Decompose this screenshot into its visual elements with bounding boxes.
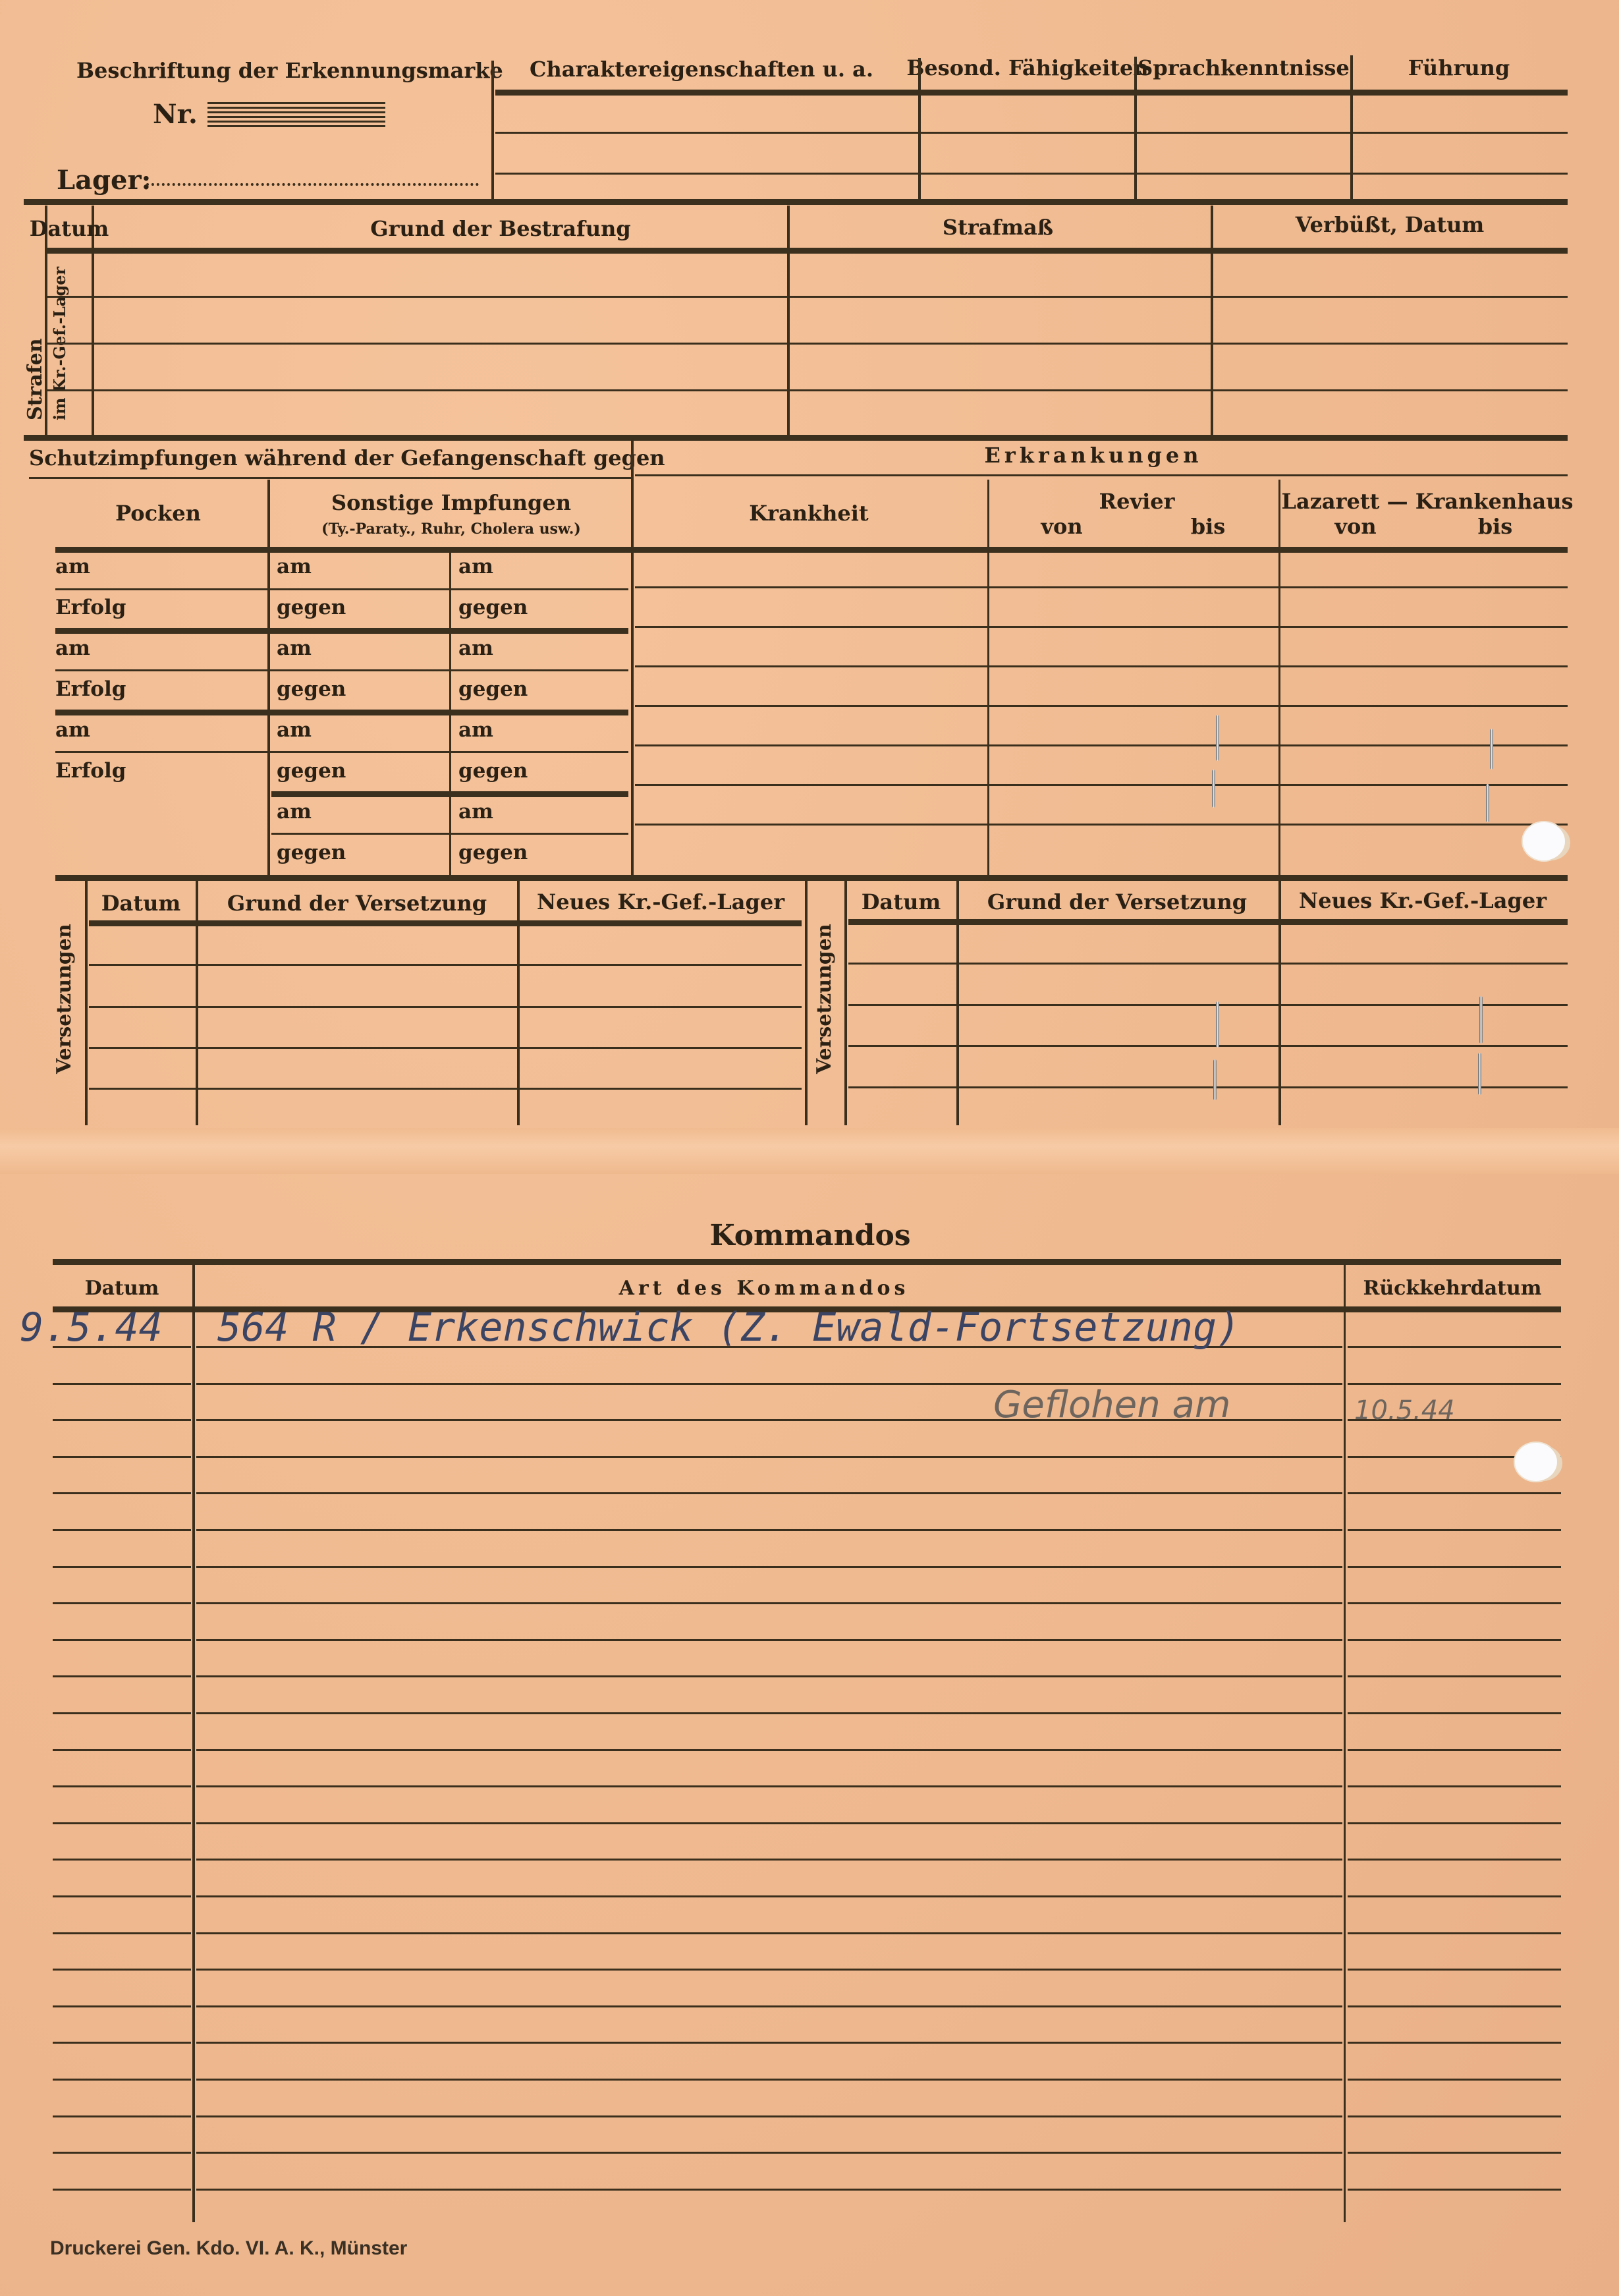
pocken-erfolg-1: Erfolg (55, 596, 126, 619)
rule (848, 919, 1568, 925)
vers-l-col-grund: Grund der Versetzung (227, 891, 487, 916)
rule (53, 1895, 191, 1897)
divider (631, 438, 634, 875)
rule (24, 435, 1568, 441)
rule (635, 784, 1568, 786)
divider (956, 880, 959, 1125)
rule (53, 1456, 191, 1458)
rule (1348, 2115, 1561, 2117)
rule (53, 1969, 191, 1971)
rule (53, 1383, 191, 1385)
kommando-entry-2-rueckkehr: 10.5.44 (1354, 1395, 1455, 1426)
sonst-a-gegen-2: gegen (277, 677, 346, 701)
rule (47, 296, 1568, 298)
rule (1348, 1383, 1561, 1385)
rule (1348, 2079, 1561, 2081)
rule (55, 875, 1568, 881)
sonst-a-gegen-3: gegen (277, 759, 346, 783)
divider (844, 880, 847, 1125)
staple (1212, 770, 1215, 808)
sonst-b-am-3: am (458, 718, 493, 742)
rule (53, 1492, 191, 1494)
erkrankungen-title: Erkrankungen (985, 443, 1203, 468)
strafen-col-strafmass: Strafmaß (943, 215, 1053, 240)
rule (1348, 2189, 1561, 2191)
rule (53, 1859, 191, 1861)
paper-fold (0, 1128, 1619, 1174)
rule (1348, 1566, 1561, 1568)
erk-lazarett-von: von (1334, 514, 1376, 539)
rule (1348, 1895, 1561, 1897)
pocken-erfolg-2: Erfolg (55, 677, 126, 701)
impf-col-sonstige: Sonstige Impfungen (331, 490, 571, 515)
strafen-col-datum: Datum (30, 216, 109, 241)
divider (491, 61, 494, 200)
rule (271, 833, 628, 835)
rule (495, 90, 1568, 96)
rule (1348, 1859, 1561, 1861)
rule (271, 791, 628, 797)
rule (635, 744, 1568, 746)
rule (53, 2042, 191, 2044)
rule (1348, 1346, 1561, 1348)
rule (89, 1088, 802, 1090)
rule (1348, 1969, 1561, 1971)
rule (89, 920, 802, 926)
vers-l-col-datum: Datum (101, 891, 180, 916)
erk-revier-bis: bis (1191, 514, 1226, 539)
rule (53, 1932, 191, 1934)
rule (55, 628, 628, 634)
strafen-col-verbuesst: Verbüßt, Datum (1296, 212, 1485, 237)
sonst-b-gegen-2: gegen (458, 677, 528, 701)
rule (53, 2115, 191, 2117)
rule (53, 1419, 191, 1421)
rule (55, 710, 628, 715)
rule (635, 626, 1568, 628)
divider (1278, 880, 1281, 1125)
rule (196, 2152, 1342, 2154)
printer-imprint: Druckerei Gen. Kdo. VI. A. K., Münster (50, 2237, 407, 2260)
rule (1348, 1639, 1561, 1641)
rule (196, 1932, 1342, 1934)
pocken-am-3: am (55, 718, 90, 742)
rule (89, 1006, 802, 1008)
rule (1348, 2005, 1561, 2007)
erk-lazarett-bis: bis (1478, 514, 1513, 539)
impf-col-pocken: Pocken (115, 501, 201, 526)
rule (196, 2005, 1342, 2007)
rule (848, 963, 1568, 965)
pocken-am-1: am (55, 555, 90, 578)
rule (53, 1566, 191, 1568)
rule (635, 824, 1568, 826)
divider (1344, 1264, 1346, 2222)
sonst-b-am-1: am (458, 555, 493, 578)
col-fuehrung: Führung (1408, 55, 1510, 80)
rule (1348, 1529, 1561, 1531)
erk-col-krankheit: Krankheit (749, 501, 868, 526)
divider (192, 1264, 195, 2222)
rule (53, 1749, 191, 1751)
rule (1348, 1602, 1561, 1604)
rule (848, 1086, 1568, 1088)
rule (1348, 1492, 1561, 1494)
erkennungsmarke-title: Beschriftung der Erkennungsmarke (76, 58, 503, 83)
rule (196, 2189, 1342, 2191)
sonst-a-am-3: am (277, 718, 312, 742)
sonst-b-gegen-4: gegen (458, 841, 528, 864)
rule (1348, 2152, 1561, 2154)
rule (53, 1529, 191, 1531)
rule (53, 2152, 191, 2154)
rule (635, 705, 1568, 707)
kommando-entry-1-datum: 9.5.44 (20, 1304, 163, 1351)
divider (918, 58, 921, 199)
rule (196, 1456, 1342, 1458)
kommandos-col-rueckkehr: Rückkehrdatum (1363, 1277, 1541, 1300)
rule (1348, 1712, 1561, 1714)
staple (1490, 729, 1493, 770)
impfungen-title: Schutzimpfungen während der Gefangenscha… (29, 445, 665, 470)
divider (85, 880, 88, 1125)
divider (267, 480, 270, 875)
staple (1479, 996, 1483, 1044)
kommandos-col-datum: Datum (85, 1277, 159, 1300)
nr-field[interactable] (207, 102, 385, 130)
nr-label: Nr. (153, 99, 198, 130)
rule (848, 1045, 1568, 1047)
punch-hole (1523, 822, 1565, 860)
divider (787, 206, 790, 437)
divider (1134, 57, 1137, 199)
sonst-a-gegen-4: gegen (277, 841, 346, 864)
rule (635, 474, 1568, 476)
kommando-entry-1-art: 564 R / Erkenschwick (Z. Ewald-Fortsetzu… (217, 1304, 1240, 1351)
vers-r-col-lager: Neues Kr.-Gef.-Lager (1299, 888, 1547, 913)
rule (53, 2079, 191, 2081)
rule (196, 1712, 1342, 1714)
rule (196, 1822, 1342, 1824)
rule (196, 1859, 1342, 1861)
erk-revier-von: von (1041, 514, 1082, 539)
rule (53, 1822, 191, 1824)
lager-field[interactable] (146, 183, 479, 186)
vers-r-col-grund: Grund der Versetzung (987, 889, 1247, 914)
strafen-label: Strafen (24, 338, 47, 420)
rule (196, 1639, 1342, 1641)
staple (1486, 784, 1489, 822)
erk-col-lazarett: Lazarett — Krankenhaus (1282, 489, 1574, 514)
rule (196, 1785, 1342, 1787)
rule (55, 547, 1568, 553)
kommandos-col-art: Art des Kommandos (619, 1277, 910, 1300)
pocken-am-2: am (55, 636, 90, 660)
rule (1348, 1785, 1561, 1787)
rule (55, 751, 628, 753)
sonst-b-gegen-3: gegen (458, 759, 528, 783)
rule (89, 964, 802, 966)
rule (196, 1895, 1342, 1897)
rule (196, 1492, 1342, 1494)
rule (1348, 1932, 1561, 1934)
rule (196, 2115, 1342, 2117)
sonst-a-gegen-1: gegen (277, 596, 346, 619)
rule (53, 1712, 191, 1714)
rule (196, 2042, 1342, 2044)
versetzungen-label-left: Versetzungen (53, 924, 76, 1074)
rule (53, 1602, 191, 1604)
rule (495, 132, 1568, 134)
staple (1213, 1059, 1217, 1100)
lager-label: Lager: (57, 165, 151, 196)
rule (55, 669, 628, 671)
rule (29, 477, 632, 479)
strafen-col-grund: Grund der Bestrafung (370, 216, 630, 241)
rule (53, 2189, 191, 2191)
vers-l-col-lager: Neues Kr.-Gef.-Lager (537, 889, 784, 914)
sonst-a-am-1: am (277, 555, 312, 578)
rule (196, 1969, 1342, 1971)
impf-col-sonstige-sub: (Ty.-Paraty., Ruhr, Cholera usw.) (321, 520, 581, 538)
rule (89, 1047, 802, 1049)
rule (53, 1259, 1561, 1265)
rule (196, 1566, 1342, 1568)
divider (1350, 55, 1353, 199)
vers-r-col-datum: Datum (862, 889, 941, 914)
rule (196, 1602, 1342, 1604)
rule (53, 1785, 191, 1787)
pocken-erfolg-3: Erfolg (55, 759, 126, 783)
sonst-b-am-4: am (458, 800, 493, 824)
divider (805, 880, 808, 1125)
erk-col-revier: Revier (1099, 489, 1175, 514)
rule (1348, 1749, 1561, 1751)
col-charakter: Charaktereigenschaften u. a. (530, 57, 873, 82)
rule (24, 199, 1568, 205)
rule (47, 248, 1568, 254)
rule (848, 1004, 1568, 1006)
col-sprachkenntnisse: Sprachkenntnisse (1138, 55, 1349, 80)
rule (53, 1639, 191, 1641)
rule (47, 389, 1568, 391)
rule (55, 588, 628, 590)
divider (1211, 206, 1213, 437)
staple (1478, 1053, 1481, 1095)
rule (196, 1675, 1342, 1677)
sonst-b-gegen-1: gegen (458, 596, 528, 619)
divider (987, 480, 989, 875)
rule (53, 1675, 191, 1677)
sonst-a-am-4: am (277, 800, 312, 824)
punch-hole (1515, 1443, 1557, 1481)
rule (635, 665, 1568, 667)
sonst-a-am-2: am (277, 636, 312, 660)
rule (196, 1749, 1342, 1751)
versetzungen-label-right: Versetzungen (813, 924, 836, 1074)
kommandos-title: Kommandos (709, 1219, 910, 1252)
rule (1348, 1822, 1561, 1824)
divider (1278, 480, 1280, 875)
staple (1216, 1001, 1219, 1048)
kommando-entry-2-art: Geflohen am (993, 1384, 1230, 1426)
staple (1216, 715, 1219, 761)
rule (47, 343, 1568, 345)
sonst-b-am-2: am (458, 636, 493, 660)
rule (495, 173, 1568, 175)
rule (53, 2005, 191, 2007)
rule (196, 2079, 1342, 2081)
rule (1348, 1675, 1561, 1677)
rule (1348, 2042, 1561, 2044)
rule (196, 1529, 1342, 1531)
col-faehigkeiten: Besond. Fähigkeiten (906, 55, 1148, 80)
rule (635, 586, 1568, 588)
